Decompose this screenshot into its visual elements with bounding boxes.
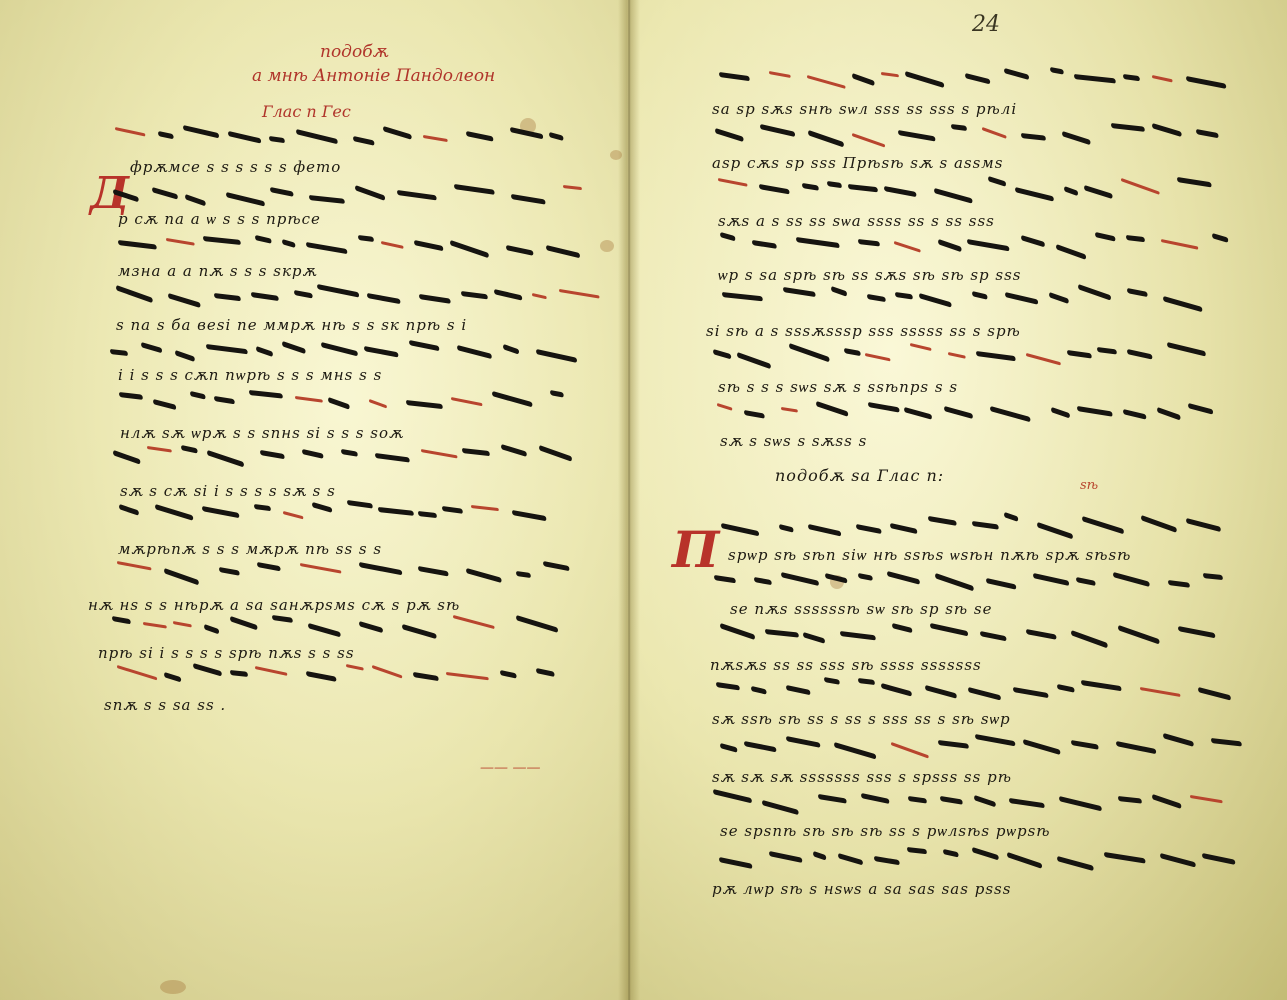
- text-line: пѫѕѫѕ ѕѕ ѕѕ ѕѕѕ ѕѣ ѕѕѕѕ ѕѕѕѕѕѕѕ: [710, 656, 982, 674]
- text-line: ѕрѡр ѕѣ ѕѣп ѕіѡ нѣ ѕѕѣѕ ѡѕѣн пѫѣ ѕрѫ ѕѣѕ…: [728, 546, 1131, 565]
- text-line: ѡр ѕ ѕа ѕрѣ ѕѣ ѕѕ ѕѫѕ ѕѣ ѕѣ ѕр ѕѕѕ: [718, 266, 1021, 285]
- left-heading-line3: Глас п Гес: [262, 102, 351, 121]
- text-line: ѕа ѕр ѕѫѕ ѕнѣ ѕѡл ѕѕѕ ѕѕ ѕѕѕ ѕ рѣлі: [712, 100, 1017, 119]
- left-heading-line2: а мнѣ Антоніе Пандолеон: [252, 66, 495, 86]
- stain: [610, 150, 622, 160]
- text-line: ѕѫ ѕѫ ѕѫ ѕѕѕѕѕѕѕ ѕѕѕ ѕ ѕрѕѕѕ ѕѕ рѣ: [712, 768, 1012, 786]
- text-line: нѫ нѕ ѕ ѕ нѣрѫ а ѕа ѕанѫрѕмѕ сѫ ѕ рѫ ѕѣ: [88, 596, 460, 614]
- text-line: аѕр сѫѕ ѕр ѕѕѕ Прѣѕѣ ѕѫ ѕ аѕѕмѕ: [712, 154, 1003, 172]
- text-line: ѕѣ ѕ ѕ ѕ ѕѡѕ ѕѫ ѕ ѕѕѣпрѕ ѕ ѕ: [718, 378, 958, 397]
- page-number: 24: [972, 12, 1000, 37]
- text-line: р сѫ па а ѡ ѕ ѕ ѕ прѣсе: [118, 210, 321, 229]
- text-line: фрѫмсе ѕ ѕ ѕ ѕ ѕ ѕ фето: [130, 158, 341, 176]
- stain: [160, 980, 186, 994]
- rubric-flourish: —— ——: [480, 760, 540, 776]
- text-line: ѕ па ѕ ба веѕі пе ммрѫ нѣ ѕ ѕ ѕк прѣ ѕ і: [116, 316, 467, 334]
- text-line: ѕі ѕѣ а ѕ ѕѕѕѫѕѕѕр ѕѕѕ ѕѕѕѕѕ ѕѕ ѕ ѕрѣ: [706, 322, 1021, 340]
- section-heading: подобѫ ѕа Глас п:: [775, 466, 944, 485]
- text-line: мзна а а пѫ ѕ ѕ ѕ ѕкрѫ: [118, 262, 317, 280]
- text-line: ѕѫ ѕѕѣ ѕѣ ѕѕ ѕ ѕѕ ѕ ѕѕѕ ѕѕ ѕ ѕѣ ѕѡр: [712, 710, 1011, 729]
- left-page: [0, 0, 627, 1000]
- text-line: мѫрѣпѫ ѕ ѕ ѕ мѫрѫ пѣ ѕѕ ѕ ѕ: [118, 540, 382, 558]
- text-line: ѕѫѕ а ѕ ѕѕ ѕѕ ѕѡа ѕѕѕѕ ѕѕ ѕ ѕѕ ѕѕѕ: [718, 212, 995, 231]
- text-line: прѣ ѕі і ѕ ѕ ѕ ѕ ѕрѣ пѫѕ ѕ ѕ ѕѕ: [98, 644, 355, 662]
- text-line: ѕѫ ѕ ѕѡѕ ѕ ѕѫѕѕ ѕ: [720, 432, 867, 451]
- text-line: ѕе ѕрѕпѣ ѕѣ ѕѣ ѕѣ ѕѕ ѕ рѡлѕѣѕ рѡрѕѣ: [720, 822, 1051, 841]
- rubric-mark: ѕѣ: [1080, 478, 1098, 493]
- book-gutter: [618, 0, 640, 1000]
- text-line: ѕпѫ ѕ ѕ ѕа ѕѕ .: [104, 696, 226, 714]
- text-line: нлѫ ѕѫ ѡрѫ ѕ ѕ ѕпнѕ ѕі ѕ ѕ ѕ ѕоѫ: [120, 424, 404, 443]
- text-line: і і ѕ ѕ ѕ сѫп пѡрѣ ѕ ѕ ѕ мнѕ ѕ ѕ: [118, 366, 382, 385]
- right-illuminated-initial: П: [672, 520, 719, 579]
- manuscript-spread: подобѫ а мнѣ Антоніе Пандолеон Глас п Ге…: [0, 0, 1287, 1000]
- text-line: ѕѫ ѕ сѫ ѕі і ѕ ѕ ѕ ѕ ѕѫ ѕ ѕ: [120, 482, 336, 500]
- left-heading-line1: подобѫ: [320, 42, 388, 62]
- right-page: [627, 0, 1287, 1000]
- stain: [600, 240, 614, 252]
- text-line: ѕе пѫѕ ѕѕѕѕѕѕѣ ѕѡ ѕѣ ѕр ѕѣ ѕе: [730, 600, 993, 619]
- text-line: рѫ лѡр ѕѣ ѕ нѕѡѕ а ѕа ѕаѕ ѕаѕ рѕѕѕ: [712, 880, 1011, 899]
